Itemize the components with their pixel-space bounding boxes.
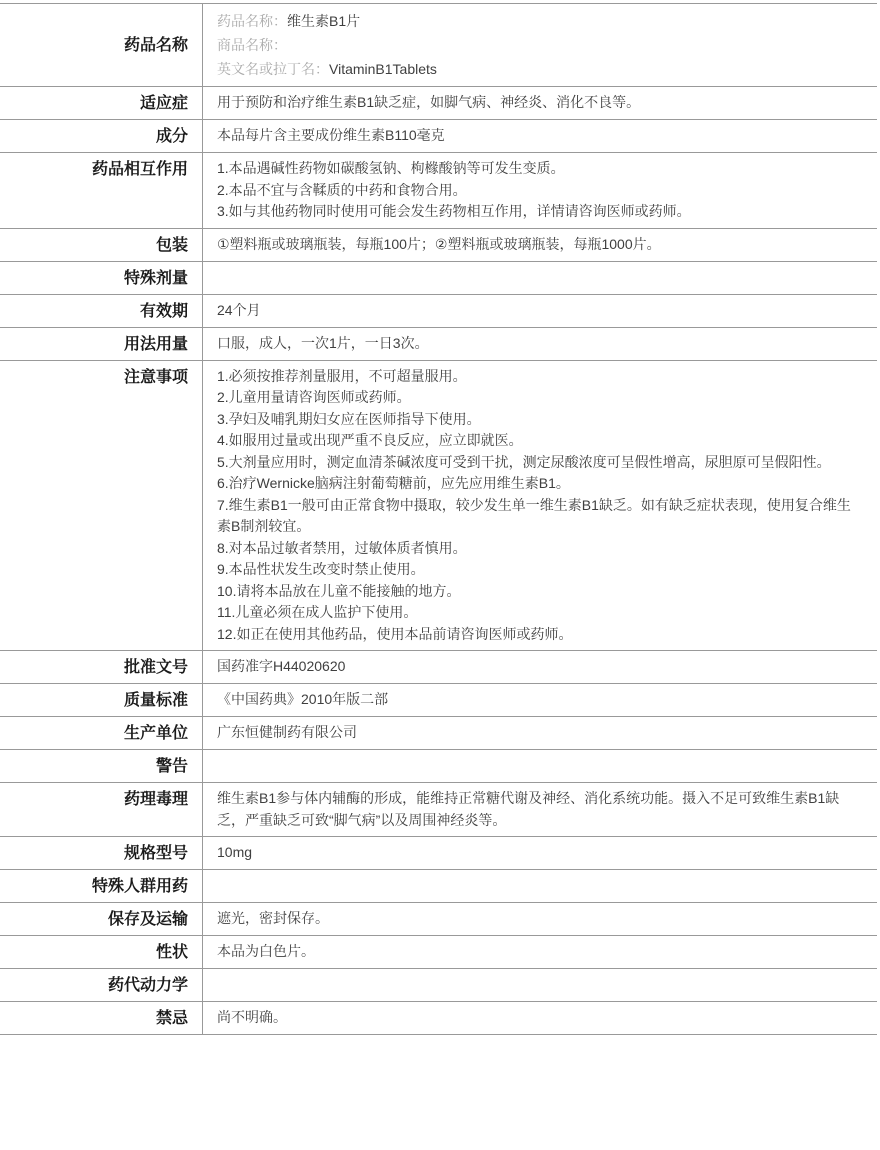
- row-label: 药品名称: [0, 4, 203, 86]
- content-text: 尚不明确。: [217, 1007, 863, 1029]
- drug-name-line: 药品名称：维生素B1片: [217, 9, 863, 33]
- row-content: 1.本品遇碱性药物如碳酸氢钠、枸橼酸钠等可发生变质。 2.本品不宜与含鞣质的中药…: [203, 153, 877, 228]
- row-content: [203, 262, 877, 294]
- row-label: 保存及运输: [0, 903, 203, 935]
- content-text: 1.必须按推荐剂量服用，不可超量服用。: [217, 366, 863, 388]
- row-content: 尚不明确。: [203, 1002, 877, 1034]
- row-special-dosage: 特殊剂量: [0, 262, 877, 295]
- row-label: 成分: [0, 120, 203, 152]
- content-text: 3.如与其他药物同时使用可能会发生药物相互作用，详情请咨询医师或药师。: [217, 201, 863, 223]
- row-label: 注意事项: [0, 361, 203, 651]
- row-label: 生产单位: [0, 717, 203, 749]
- row-content: ①塑料瓶或玻璃瓶装，每瓶100片；②塑料瓶或玻璃瓶装，每瓶1000片。: [203, 229, 877, 261]
- field-label: 商品名称：: [217, 37, 287, 53]
- content-text: 6.治疗Wernicke脑病注射葡萄糖前，应先应用维生素B1。: [217, 473, 863, 495]
- row-content: 广东恒健制药有限公司: [203, 717, 877, 749]
- row-content: 本品为白色片。: [203, 936, 877, 968]
- row-label: 包装: [0, 229, 203, 261]
- row-ingredients: 成分 本品每片含主要成份维生素B110毫克: [0, 120, 877, 153]
- row-content: 口服，成人，一次1片，一日3次。: [203, 328, 877, 360]
- content-text: 《中国药典》2010年版二部: [217, 689, 863, 711]
- row-label: 批准文号: [0, 651, 203, 683]
- row-specification: 规格型号 10mg: [0, 837, 877, 870]
- drug-info-table: 药品名称 药品名称：维生素B1片 商品名称： 英文名或拉丁名：VitaminB1…: [0, 3, 877, 1035]
- content-text: 12.如正在使用其他药品，使用本品前请咨询医师或药师。: [217, 624, 863, 646]
- row-contraindications: 禁忌 尚不明确。: [0, 1002, 877, 1035]
- content-text: 广东恒健制药有限公司: [217, 722, 863, 744]
- row-content: 《中国药典》2010年版二部: [203, 684, 877, 716]
- content-text: 本品每片含主要成份维生素B110毫克: [217, 125, 863, 147]
- content-text: 口服，成人，一次1片，一日3次。: [217, 333, 863, 355]
- row-packaging: 包装 ①塑料瓶或玻璃瓶装，每瓶100片；②塑料瓶或玻璃瓶装，每瓶1000片。: [0, 229, 877, 262]
- row-label: 药品相互作用: [0, 153, 203, 228]
- row-approval-number: 批准文号 国药准字H44020620: [0, 651, 877, 684]
- row-label: 性状: [0, 936, 203, 968]
- row-content: [203, 750, 877, 782]
- row-warning: 警告: [0, 750, 877, 783]
- content-text: ①塑料瓶或玻璃瓶装，每瓶100片；②塑料瓶或玻璃瓶装，每瓶1000片。: [217, 234, 863, 256]
- row-precautions: 注意事项 1.必须按推荐剂量服用，不可超量服用。 2.儿童用量请咨询医师或药师。…: [0, 361, 877, 652]
- content-text: 3.孕妇及哺乳期妇女应在医师指导下使用。: [217, 409, 863, 431]
- row-content: 国药准字H44020620: [203, 651, 877, 683]
- row-drug-name: 药品名称 药品名称：维生素B1片 商品名称： 英文名或拉丁名：VitaminB1…: [0, 4, 877, 87]
- field-value: 维生素B1片: [287, 13, 360, 29]
- content-text: 11.儿童必须在成人监护下使用。: [217, 602, 863, 624]
- content-text: 24个月: [217, 300, 863, 322]
- row-content: 药品名称：维生素B1片 商品名称： 英文名或拉丁名：VitaminB1Table…: [203, 4, 877, 86]
- content-text: 7.维生素B1一般可由正常食物中摄取，较少发生单一维生素B1缺乏。如有缺乏症状表…: [217, 495, 863, 538]
- content-text: 5.大剂量应用时，测定血清茶碱浓度可受到干扰，测定尿酸浓度可呈假性增高，尿胆原可…: [217, 452, 863, 474]
- content-text: 9.本品性状发生改变时禁止使用。: [217, 559, 863, 581]
- row-label: 质量标准: [0, 684, 203, 716]
- content-text: 8.对本品过敏者禁用，过敏体质者慎用。: [217, 538, 863, 560]
- row-content: 10mg: [203, 837, 877, 869]
- content-text: 遮光，密封保存。: [217, 908, 863, 930]
- row-label: 有效期: [0, 295, 203, 327]
- row-manufacturer: 生产单位 广东恒健制药有限公司: [0, 717, 877, 750]
- row-indications: 适应症 用于预防和治疗维生素B1缺乏症，如脚气病、神经炎、消化不良等。: [0, 87, 877, 120]
- content-text: 10.请将本品放在儿童不能接触的地方。: [217, 581, 863, 603]
- row-label: 规格型号: [0, 837, 203, 869]
- content-text: 用于预防和治疗维生素B1缺乏症，如脚气病、神经炎、消化不良等。: [217, 92, 863, 114]
- field-label: 英文名或拉丁名：: [217, 61, 329, 77]
- row-label: 药理毒理: [0, 783, 203, 836]
- field-value: VitaminB1Tablets: [329, 61, 437, 77]
- row-label: 用法用量: [0, 328, 203, 360]
- content-text: 1.本品遇碱性药物如碳酸氢钠、枸橼酸钠等可发生变质。: [217, 158, 863, 180]
- row-quality-standard: 质量标准 《中国药典》2010年版二部: [0, 684, 877, 717]
- row-content: 1.必须按推荐剂量服用，不可超量服用。 2.儿童用量请咨询医师或药师。 3.孕妇…: [203, 361, 877, 651]
- row-content: 遮光，密封保存。: [203, 903, 877, 935]
- row-content: 24个月: [203, 295, 877, 327]
- field-label: 药品名称：: [217, 13, 287, 29]
- row-shelf-life: 有效期 24个月: [0, 295, 877, 328]
- trade-name-line: 商品名称：: [217, 33, 863, 57]
- row-storage-transport: 保存及运输 遮光，密封保存。: [0, 903, 877, 936]
- row-label: 警告: [0, 750, 203, 782]
- row-pharmacokinetics: 药代动力学: [0, 969, 877, 1002]
- content-text: 本品为白色片。: [217, 941, 863, 963]
- content-text: 维生素B1参与体内辅酶的形成，能维持正常糖代谢及神经、消化系统功能。摄入不足可致…: [217, 788, 863, 831]
- row-interactions: 药品相互作用 1.本品遇碱性药物如碳酸氢钠、枸橼酸钠等可发生变质。 2.本品不宜…: [0, 153, 877, 229]
- latin-name-line: 英文名或拉丁名：VitaminB1Tablets: [217, 57, 863, 81]
- row-label: 特殊剂量: [0, 262, 203, 294]
- row-label: 药代动力学: [0, 969, 203, 1001]
- row-label: 禁忌: [0, 1002, 203, 1034]
- row-dosage-usage: 用法用量 口服，成人，一次1片，一日3次。: [0, 328, 877, 361]
- content-text: 10mg: [217, 842, 863, 864]
- row-pharmacology: 药理毒理 维生素B1参与体内辅酶的形成，能维持正常糖代谢及神经、消化系统功能。摄…: [0, 783, 877, 837]
- row-content: [203, 870, 877, 902]
- content-text: 2.本品不宜与含鞣质的中药和食物合用。: [217, 180, 863, 202]
- row-appearance: 性状 本品为白色片。: [0, 936, 877, 969]
- row-label: 适应症: [0, 87, 203, 119]
- content-text: 国药准字H44020620: [217, 656, 863, 678]
- content-text: 4.如服用过量或出现严重不良反应，应立即就医。: [217, 430, 863, 452]
- row-content: 本品每片含主要成份维生素B110毫克: [203, 120, 877, 152]
- row-content: 用于预防和治疗维生素B1缺乏症，如脚气病、神经炎、消化不良等。: [203, 87, 877, 119]
- row-label: 特殊人群用药: [0, 870, 203, 902]
- content-text: 2.儿童用量请咨询医师或药师。: [217, 387, 863, 409]
- row-special-populations: 特殊人群用药: [0, 870, 877, 903]
- row-content: [203, 969, 877, 1001]
- row-content: 维生素B1参与体内辅酶的形成，能维持正常糖代谢及神经、消化系统功能。摄入不足可致…: [203, 783, 877, 836]
